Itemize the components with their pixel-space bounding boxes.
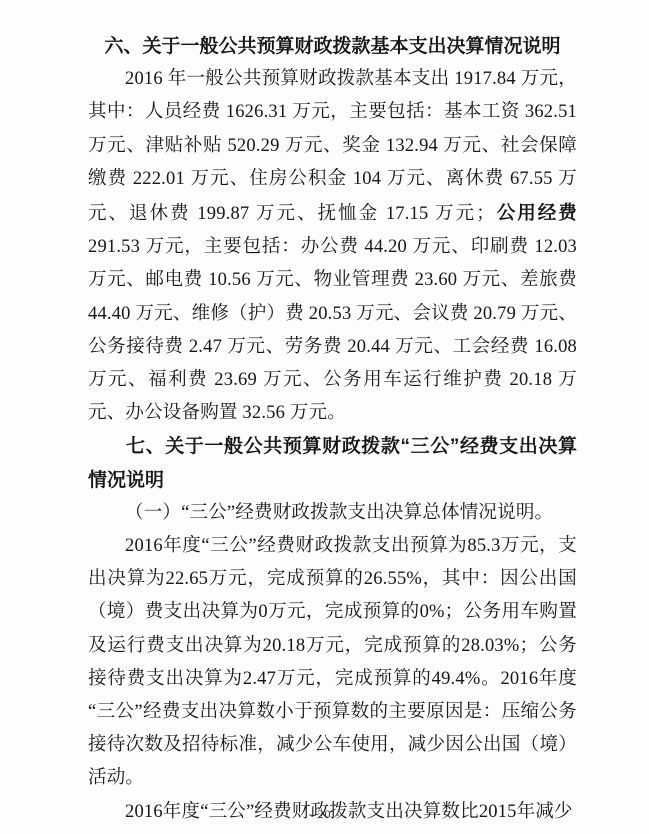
- paragraph-sangong-details: 2016年度“三公”经费财政拨款支出预算为85.3万元，支出决算为22.65万元…: [88, 530, 577, 796]
- paragraph-basic-text-1: 2016 年一般公共预算财政拨款基本支出 1917.84 万元，其中：人员经费 …: [88, 69, 577, 224]
- document-page: 六、关于一般公共预算财政拨款基本支出决算情况说明 2016 年一般公共预算财政拨…: [0, 0, 649, 834]
- page-number: - 20 -: [0, 807, 649, 822]
- section-heading-7: 七、关于一般公共预算财政拨款“三公”经费支出决算情况说明: [88, 430, 577, 496]
- section-heading-6: 六、关于一般公共预算财政拨款基本支出决算情况说明: [88, 30, 577, 63]
- paragraph-subheading-overview: （一）“三公”经费财政拨款支出决算总体情况说明。: [88, 497, 577, 530]
- paragraph-basic-text-2: 291.53 万元，主要包括：办公费 44.20 万元、印刷费 12.03 万元…: [88, 237, 577, 423]
- bold-term-public-funds: 公用经费: [495, 202, 577, 223]
- paragraph-basic-expenditure: 2016 年一般公共预算财政拨款基本支出 1917.84 万元，其中：人员经费 …: [88, 63, 577, 430]
